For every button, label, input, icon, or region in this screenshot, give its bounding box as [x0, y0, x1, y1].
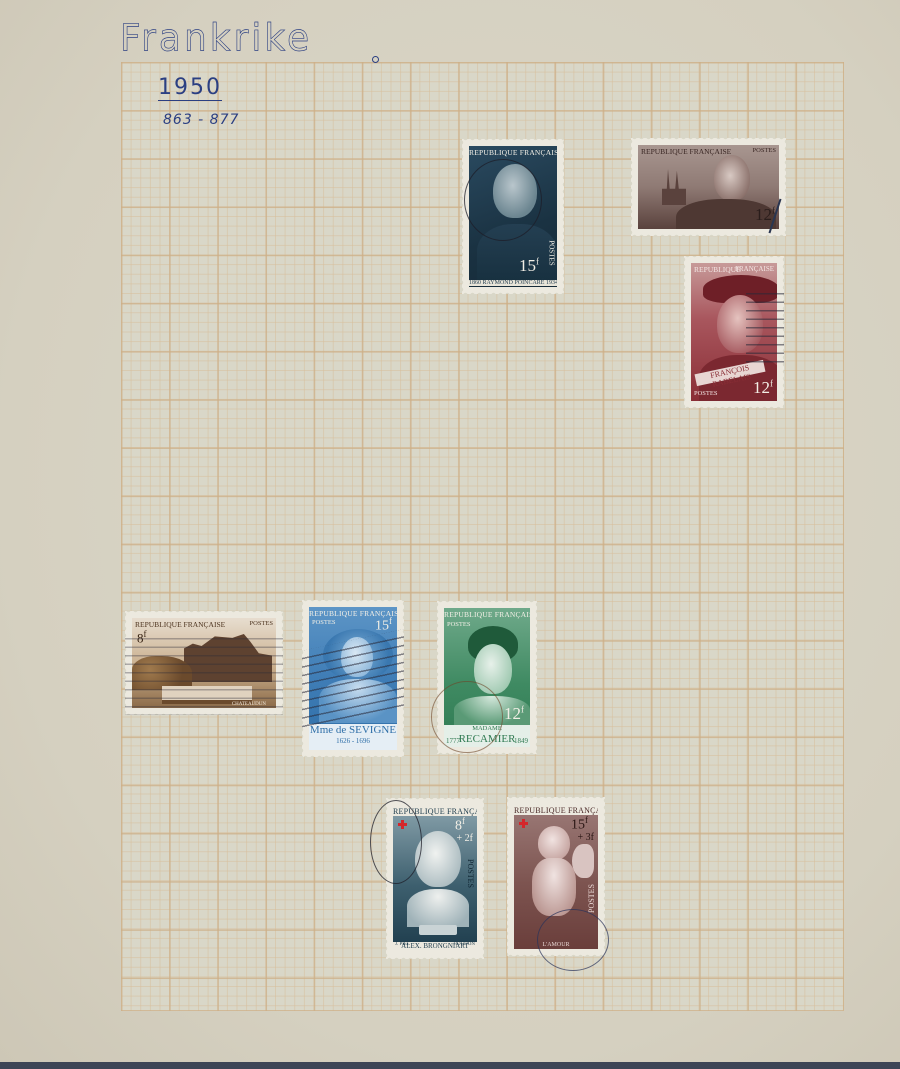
stamp-sevigne[interactable]: REPUBLIQUE FRANÇAISE POSTES 15f Mme de S… [302, 600, 404, 757]
stamp-header: REPUBLIQUE FRANÇAISE [469, 148, 557, 157]
stamp-design: REPUBLIQUE FRANÇAISE POSTES 12f MADAME R… [444, 608, 530, 747]
cherub-wing [572, 844, 594, 878]
portrait-head [474, 644, 512, 694]
stamp-surcharge: + 3f [578, 832, 594, 843]
stamp-side-label: POSTES [447, 621, 470, 628]
bust-body [407, 889, 469, 927]
stamp-value: 15f [519, 256, 539, 276]
stamp-caption: L'AMOUR [514, 942, 598, 948]
album-page: Frankrike 1950 863 - 877 REPUBLIQUE FRAN… [0, 0, 900, 1062]
stamp-caption: CHATEAUDUN [232, 702, 266, 707]
stamp-value: 8f [137, 629, 147, 646]
cathedral-silhouette [662, 169, 686, 205]
stamp-value: 15f [571, 815, 588, 834]
stamp-caption: 1860 RAYMOND POINCARÉ 1934 [469, 280, 557, 286]
stamp-poincare[interactable]: REPUBLIQUE FRANÇAISE 15f POSTES 1860 RAY… [462, 139, 564, 294]
page-heading: Frankrike [120, 17, 312, 60]
portrait-head [341, 637, 373, 677]
page-bottom-edge [0, 1062, 900, 1069]
stamp-value: 15f [375, 616, 392, 635]
castle-silhouette [184, 634, 272, 682]
stamp-side-label: POSTES [250, 620, 273, 627]
stamp-header: REPUBLIQUE FRANÇAISE [135, 620, 225, 629]
year-right: 1849 [514, 737, 528, 745]
stamp-side-label: POSTES [753, 147, 776, 154]
stamp-recamier[interactable]: REPUBLIQUE FRANÇAISE POSTES 12f MADAME R… [437, 601, 537, 754]
portrait-head [493, 164, 537, 218]
portrait-body [319, 679, 397, 723]
stamp-header: REPUBLIQUE FRANÇAISE [393, 805, 477, 816]
stamp-design: REPUBLIQUE FRANÇAISE FRANÇOIS RABELAIS 1… [691, 263, 777, 401]
caption-panel: Mme de SEVIGNE 1626 - 1696 [309, 724, 397, 750]
red-cross-icon [519, 819, 528, 828]
stamp-design: REPUBLIQUE FRANÇAISE 15f + 3f POSTES L'A… [514, 804, 598, 949]
stamp-peguy[interactable]: REPUBLIQUE FRANÇAISE POSTES 12f [631, 138, 786, 236]
stamp-header: REPUBLIQUE FRANÇAISE [444, 610, 530, 619]
stamp-brongniart[interactable]: REPUBLIQUE FRANÇAISE 8f + 2f POSTES J. P… [386, 798, 484, 959]
stamp-side-label: POSTES [694, 390, 717, 397]
bust-head [415, 831, 461, 887]
stamp-years: 1626 - 1696 [309, 737, 397, 746]
stamp-side-label: POSTES [547, 240, 555, 265]
cherub-head [538, 826, 570, 860]
trees [132, 656, 192, 690]
stamp-header-left: REPUBLIQUE [694, 265, 741, 274]
catalog-range: 863 - 877 [163, 112, 239, 128]
year-left: 1777 [446, 737, 460, 745]
stamp-side-label: POSTES [466, 859, 475, 888]
stamp-design: REPUBLIQUE FRANÇAISE 8f + 2f POSTES J. P… [393, 805, 477, 952]
stamp-rabelais[interactable]: REPUBLIQUE FRANÇAISE FRANÇOIS RABELAIS 1… [684, 256, 784, 408]
stamp-value: 8f [455, 816, 465, 835]
stamp-caption: J. PIEL ALEX. BRONGNIART HOUDON [393, 942, 477, 952]
stamp-amour[interactable]: REPUBLIQUE FRANÇAISE 15f + 3f POSTES L'A… [507, 797, 605, 956]
caption-panel: MADAME RECAMIER 1777 1849 [444, 725, 530, 747]
bust-pedestal [419, 925, 457, 935]
stamp-caption-top: MADAME [444, 725, 530, 733]
red-cross-icon [398, 820, 407, 829]
stamp-header: REPUBLIQUE FRANÇAISE [641, 147, 731, 156]
stamp-value: 12f [753, 378, 773, 398]
stamp-design: REPUBLIQUE FRANÇAISE POSTES 12f [638, 145, 779, 229]
cherub-body [532, 858, 576, 916]
stamp-header: REPUBLIQUE FRANÇAISE [514, 804, 598, 815]
year-label: 1950 [158, 76, 222, 101]
stamp-design: REPUBLIQUE FRANÇAISE 15f POSTES 1860 RAY… [469, 146, 557, 287]
portrait-head [714, 155, 750, 201]
stamp-design: REPUBLIQUE FRANÇAISE POSTES 8f CHATEAUDU… [132, 618, 276, 708]
stamp-header-right: FRANÇAISE [735, 265, 774, 273]
stamp-chateaudun[interactable]: REPUBLIQUE FRANÇAISE POSTES 8f CHATEAUDU… [125, 611, 283, 715]
stamp-side-label: POSTES [587, 884, 596, 913]
stamp-caption: Mme de SEVIGNE [309, 724, 397, 737]
portrait-body [477, 224, 557, 284]
stamp-value: 12f [504, 704, 524, 724]
stamp-design: REPUBLIQUE FRANÇAISE POSTES 15f Mme de S… [309, 607, 397, 750]
portrait-head [717, 295, 763, 353]
stamp-surcharge: + 2f [457, 833, 473, 844]
heading-period [372, 56, 379, 63]
stamp-side-label: POSTES [312, 619, 335, 626]
